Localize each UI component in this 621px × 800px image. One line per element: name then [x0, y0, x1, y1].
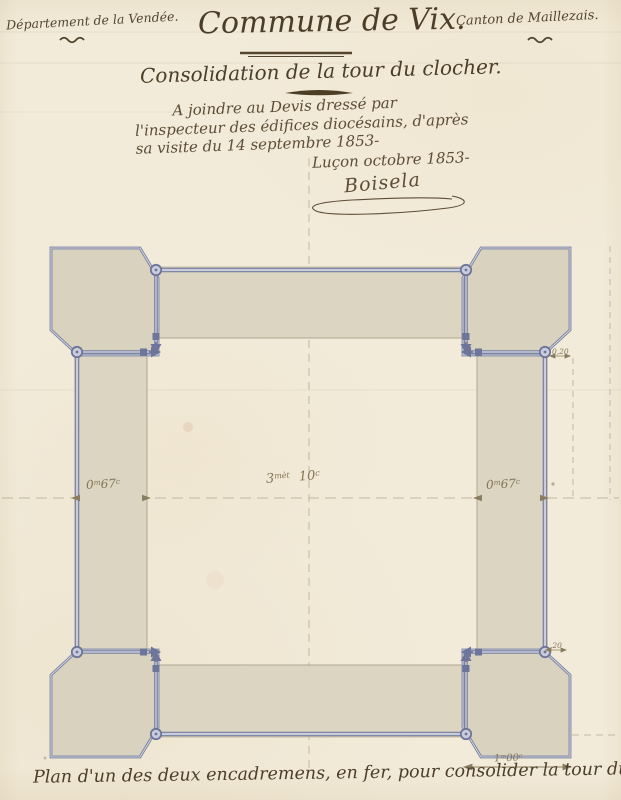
scanned-document-page: { "document": { "department": "Départeme… [0, 0, 621, 800]
offset-dimension-marks [546, 354, 570, 652]
dimension-wall-right: 0m67c [486, 476, 521, 492]
note-paragraph: A joindre au Devis dressé par l'inspecte… [134, 91, 469, 158]
subtitle-underline [285, 90, 353, 95]
dimension-offset-top-right: 0,20 [552, 347, 569, 356]
wall-inner-pencil-line [147, 338, 477, 665]
signature-flourish [313, 196, 465, 214]
page-title: Commune de Vix. [198, 2, 466, 42]
dimension-wall-left: 0m67c [86, 476, 121, 492]
canton-squiggle [528, 38, 552, 43]
dimension-offset-bottom-right: .20 [550, 641, 562, 650]
dimension-block-width: 1m00c [494, 753, 523, 765]
corner-block-bottom-right [463, 650, 570, 757]
department-squiggle [60, 38, 84, 43]
corner-block-bottom-left [51, 650, 158, 757]
corner-block-top-left [51, 248, 158, 355]
corner-block-top-right [463, 248, 570, 355]
anchor-arrows [140, 333, 482, 672]
